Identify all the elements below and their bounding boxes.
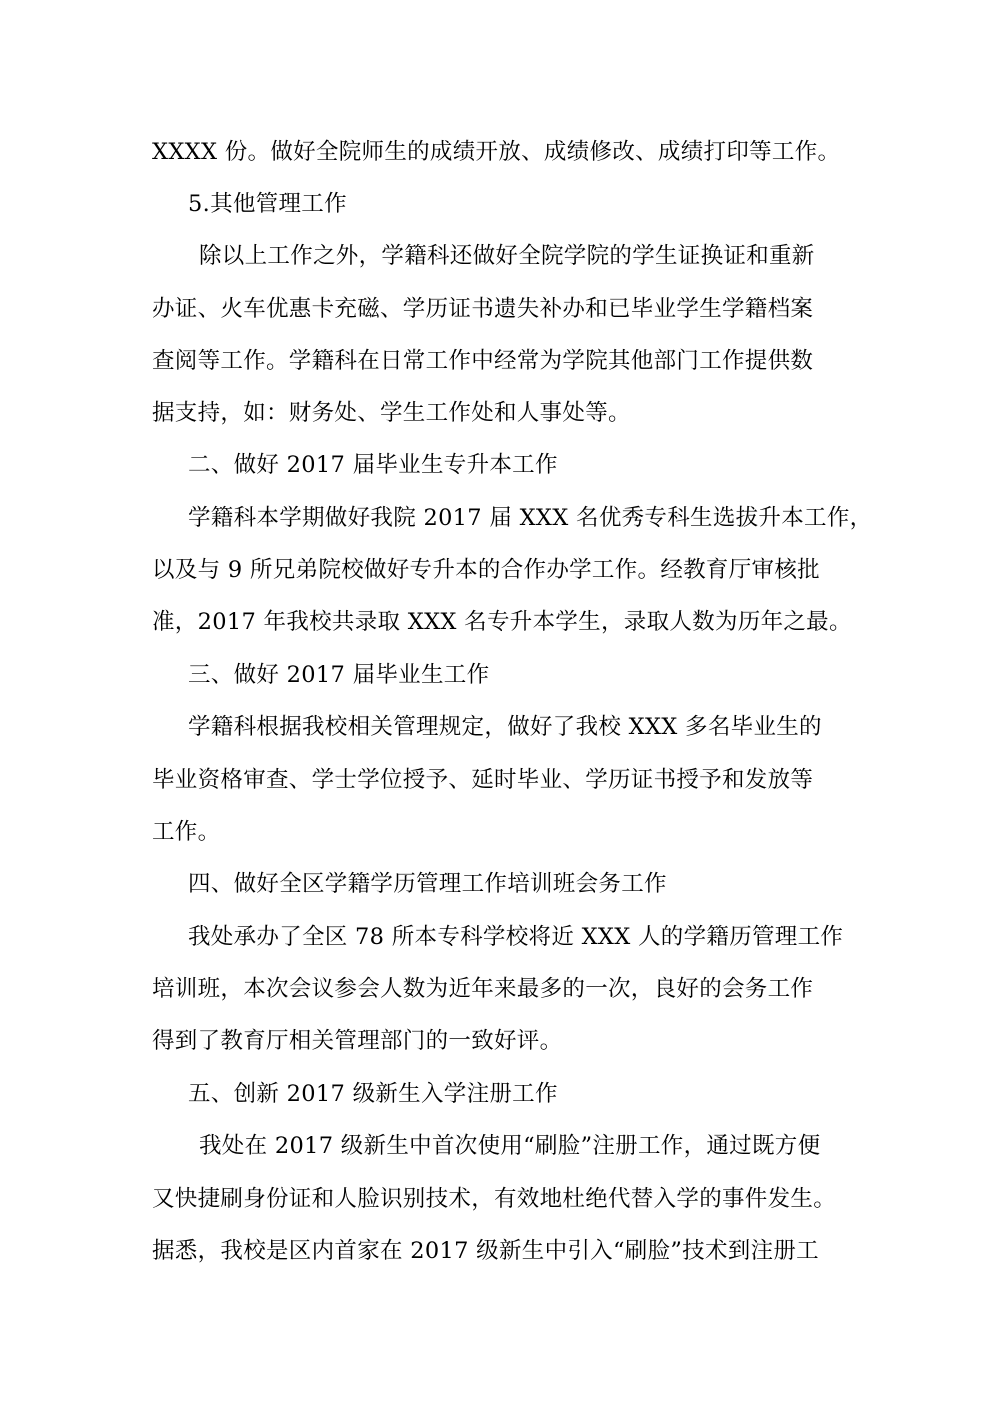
- paragraph-line: 学籍科本学期做好我院 2017 届 XXX 名优秀专科生选拔升本工作，: [188, 503, 872, 533]
- paragraph-line: 培训班，本次会议参会人数为近年来最多的一次，良好的会务工作: [152, 974, 813, 1004]
- paragraph-line: 我处承办了全区 78 所本专科学校将近 XXX 人的学籍历管理工作: [188, 922, 843, 952]
- paragraph-line: 又快捷刷身份证和人脸识别技术，有效地杜绝代替入学的事件发生。: [152, 1184, 836, 1214]
- section-heading-4: 四、做好全区学籍学历管理工作培训班会务工作: [188, 869, 667, 899]
- paragraph-line: 据悉，我校是区内首家在 2017 级新生中引入“刷脸”技术到注册工: [152, 1236, 819, 1266]
- section-heading-3: 三、做好 2017 届毕业生工作: [188, 660, 489, 690]
- paragraph-line: 学籍科根据我校相关管理规定，做好了我校 XXX 多名毕业生的: [188, 712, 822, 742]
- paragraph-line: 工作。: [152, 817, 220, 847]
- section-heading-other-management: 5.其他管理工作: [188, 189, 347, 219]
- paragraph-line: 我处在 2017 级新生中首次使用“刷脸”注册工作，通过既方便: [199, 1131, 820, 1161]
- paragraph-line: 办证、火车优惠卡充磁、学历证书遗失补办和已毕业学生学籍档案: [152, 294, 813, 324]
- paragraph-line: 毕业资格审查、学士学位授予、延时毕业、学历证书授予和发放等: [152, 765, 813, 795]
- paragraph-line: 以及与 9 所兄弟院校做好专升本的合作办学工作。经教育厅审核批: [152, 555, 820, 585]
- paragraph-line: 除以上工作之外，学籍科还做好全院学院的学生证换证和重新: [199, 241, 815, 271]
- section-heading-5: 五、创新 2017 级新生入学注册工作: [188, 1079, 558, 1109]
- paragraph-line: 准，2017 年我校共录取 XXX 名专升本学生，录取人数为历年之最。: [152, 607, 852, 637]
- paragraph-line: 得到了教育厅相关管理部门的一致好评。: [152, 1026, 562, 1056]
- paragraph-line: 查阅等工作。学籍科在日常工作中经常为学院其他部门工作提供数: [152, 346, 813, 376]
- section-heading-2: 二、做好 2017 届毕业生专升本工作: [188, 450, 558, 480]
- text-line-continuation: XXXX 份。做好全院师生的成绩开放、成绩修改、成绩打印等工作。: [152, 137, 840, 167]
- document-page: XXXX 份。做好全院师生的成绩开放、成绩修改、成绩打印等工作。 5.其他管理工…: [0, 0, 1000, 1415]
- paragraph-line: 据支持，如：财务处、学生工作处和人事处等。: [152, 398, 631, 428]
